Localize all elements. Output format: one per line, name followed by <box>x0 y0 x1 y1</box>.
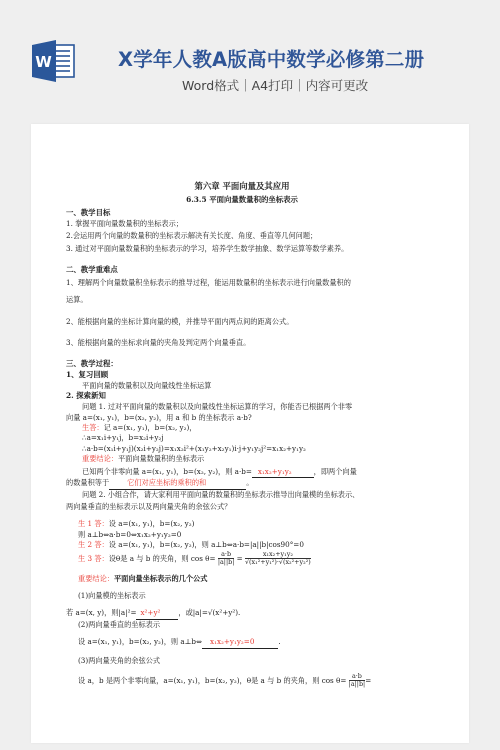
student-1-line2: 则 a⊥b⇔a·b=0⇔x₁x₂+y₁y₂=0 <box>66 530 418 540</box>
question-2-line1: 问题 2. 小组合作，请大家利用平面向量的数量积的坐标表示推导出向量模的坐标表示… <box>66 490 418 500</box>
answer-label: 生答： <box>82 423 104 432</box>
word-icon: W <box>32 40 76 82</box>
goal-item: 3. 通过对平面向量数量积的坐标表示的学习，培养学生数学抽象、数学运算等数学素养… <box>66 244 418 254</box>
student-2-label: 生 2 答： <box>78 540 109 549</box>
key-point-item: 2、能根据向量的坐标计算向量的模，并推导平面内两点间的距离公式。 <box>66 317 418 327</box>
conclusion-text: 平面向量数量积的坐标表示 <box>118 454 204 463</box>
student-2-line: 设 a=(x₁, y₁)，b=(x₂, y₂)，则 a⊥b⇔a·b=|a||b|… <box>109 540 304 549</box>
cosine-fraction: a·b|a||b| <box>218 551 235 567</box>
answer-line1: 记 a=(x₁, y₁)，b=(x₂, y₂)， <box>104 423 197 432</box>
goal-item: 2.会运用两个向量的数量积的坐标表示解决有关长度、角度、垂直等几何问题； <box>66 231 418 241</box>
formula-1-suffix: ，或|a|=√(x²+y²). <box>178 608 240 617</box>
answer-line3: ∴a·b=(x₁i+y₁j)(x₂i+y₂j)=x₁x₂i²+(x₁y₂+x₂y… <box>66 444 418 454</box>
question-1-line2: 向量 a=(x₁, y₁)，b=(x₂, y₂)，用 a 和 b 的坐标表示 a… <box>66 413 418 423</box>
process-heading: 三、教学过程： <box>66 359 418 370</box>
question-1-line1: 问题 1. 过对平面向量的数量积以及向量线性坐标运算的学习，你能否已根据两个非零 <box>66 402 418 412</box>
known-suffix: ，即两个向量 <box>314 467 357 476</box>
key-point-item: 运算。 <box>66 295 418 305</box>
conclusion-label: 重要结论： <box>82 454 118 463</box>
fill-blank-dot-product: x₁x₂+y₁y₂ <box>252 467 314 478</box>
question-2-line2: 两向量垂直的坐标表示以及两向量夹角的余弦公式？ <box>66 502 418 512</box>
fill-blank-sum-of-products: 它们对应坐标的乘积的和 <box>109 478 246 489</box>
formula-1-prefix: 若 a=(x, y)，则|a|²= <box>66 608 136 617</box>
page-subtitle: Word格式｜A4打印｜内容可更改 <box>182 76 368 94</box>
key-points-heading: 二、教学重难点 <box>66 265 418 276</box>
section-title: 6.3.5 平面向量数量积的坐标表示 <box>66 195 418 206</box>
fill-blank-perpendicular: x₁x₂+y₁y₂=0 <box>202 637 278 648</box>
formula-2-suffix: . <box>278 637 280 646</box>
key-point-item: 1、理解两个向量数量积坐标表示的推导过程，能运用数量积的坐标表示进行向量数量积的 <box>66 278 418 288</box>
student-3-label: 生 3 答： <box>78 554 109 563</box>
formulas-label: 重要结论： <box>78 574 114 583</box>
review-heading: 1、复习回顾 <box>66 370 418 381</box>
svg-text:W: W <box>35 53 52 71</box>
formula-1-heading: (1)向量模的坐标表示 <box>66 591 418 601</box>
formulas-text: 平面向量坐标表示的几个公式 <box>114 574 207 583</box>
formula-2-heading: (2)两向量垂直的坐标表示 <box>66 620 418 630</box>
student-1-label: 生 1 答： <box>78 519 109 528</box>
goals-heading: 一、教学目标 <box>66 208 418 219</box>
fill-blank-modulus: x²+y² <box>136 608 178 619</box>
known-prefix: 已知两个非零向量 a=(x₁, y₁)，b=(x₂, y₂)，则 a·b= <box>82 467 252 476</box>
student-1-line1: 设 a=(x₁, y₁)，b=(x₂, y₂) <box>109 519 195 528</box>
formula-3-fraction: a·b|a||b| <box>349 673 366 689</box>
document-content: 第六章 平面向量及其应用 6.3.5 平面向量数量积的坐标表示 一、教学目标 1… <box>66 180 418 689</box>
explore-heading: 2. 探索新知 <box>66 391 418 402</box>
equal-suffix: 。 <box>246 478 253 487</box>
chapter-title: 第六章 平面向量及其应用 <box>66 180 418 192</box>
page-title: X学年人教A版高中数学必修第二册 <box>118 44 438 72</box>
formula-2-prefix: 设 a=(x₁, y₁)，b=(x₂, y₂)，则 a⊥b⇔ <box>78 637 202 646</box>
formula-3-prefix: 设 a，b 是两个非零向量，a=(x₁, y₁)，b=(x₂, y₂)，θ是 a… <box>78 676 346 685</box>
review-text: 平面向量的数量积以及向量线性坐标运算 <box>66 381 418 391</box>
student-3-prefix: 设θ是 a 与 b 的夹角，则 cos θ= <box>109 554 216 563</box>
key-point-item: 3、能根据向量的坐标求向量的夹角及判定两个向量垂直。 <box>66 338 418 348</box>
formula-3-heading: (3)两向量夹角的余弦公式 <box>66 656 418 666</box>
goal-item: 1. 掌握平面向量数量积的坐标表示； <box>66 219 418 229</box>
header-banner: W X学年人教A版高中数学必修第二册 Word格式｜A4打印｜内容可更改 <box>0 0 500 110</box>
cosine-coordinate-fraction: x₁x₂+y₁y₂√(x₁²+y₁²)·√(x₂²+y₂²) <box>245 551 311 567</box>
answer-line2: ∴a=x₁i+y₁j，b=x₂i+y₂j <box>66 433 418 443</box>
equal-prefix: 的数量积等于 <box>66 478 109 487</box>
